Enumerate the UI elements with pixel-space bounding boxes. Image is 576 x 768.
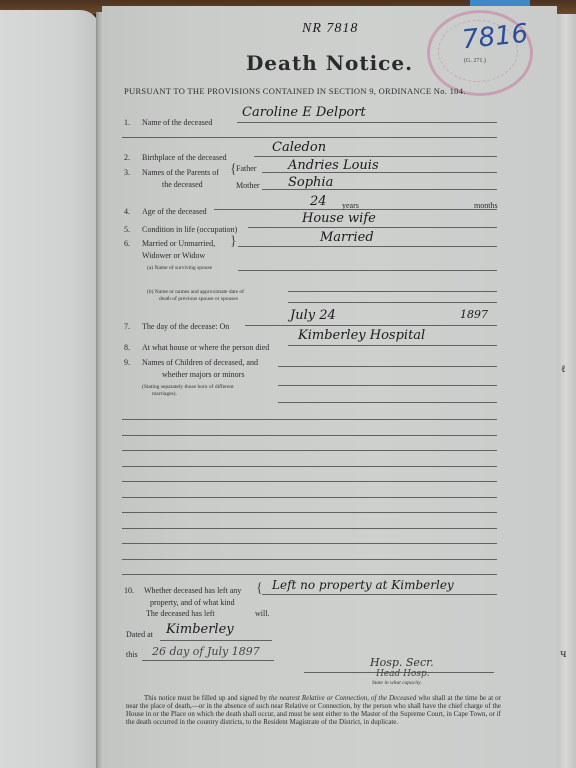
field-parents: 3. Names of the Parents of the deceased bbox=[124, 166, 219, 190]
right-page-stack: ℓ ч bbox=[555, 14, 576, 768]
age-value: 24 bbox=[310, 194, 327, 209]
left-blank-page bbox=[0, 10, 100, 768]
months-label: months bbox=[474, 201, 498, 210]
dated-at-label: Dated at bbox=[126, 630, 153, 639]
ruled-line bbox=[122, 512, 497, 513]
footer-instructions: This notice must be filled up and signed… bbox=[126, 694, 501, 726]
father-label: Father bbox=[236, 164, 256, 173]
signature: Hosp. Secr. bbox=[370, 656, 434, 669]
ruled-line bbox=[122, 543, 497, 544]
dated-at-value: Kimberley bbox=[166, 622, 234, 637]
ruled-line bbox=[122, 419, 497, 420]
field-place-of-death: 8. At what house or where the person die… bbox=[124, 337, 269, 355]
decease-date-value: July 24 bbox=[290, 308, 336, 323]
ruled-line bbox=[122, 528, 497, 529]
field-name: 1. Name of the deceased bbox=[124, 112, 212, 130]
mother-value: Sophia bbox=[288, 175, 333, 190]
reference-number: NR 7818 bbox=[302, 21, 358, 37]
this-label: this bbox=[126, 650, 138, 659]
death-notice-form: NR 7818 7816 (G. 271.) Death Notice. PUR… bbox=[102, 6, 557, 768]
capacity-label: State in what capacity. bbox=[372, 680, 422, 687]
ruled-line bbox=[122, 450, 497, 451]
date-value: 26 day of July 1897 bbox=[152, 645, 260, 658]
ruled-line bbox=[122, 481, 497, 482]
margin-mark: ℓ bbox=[561, 364, 566, 375]
ruled-line bbox=[122, 497, 497, 498]
will-label: The deceased has left bbox=[146, 609, 215, 618]
field-marital-status: 6. Married or Unmarried, Widower or Wido… bbox=[124, 237, 215, 261]
field-day-of-decease: 7. The day of the decease: On bbox=[124, 316, 229, 334]
ruled-line bbox=[122, 435, 497, 436]
field-children: 9. Names of Children of deceased, and wh… bbox=[124, 356, 258, 380]
ruled-line bbox=[122, 574, 497, 575]
field-birthplace: 2. Birthplace of the deceased bbox=[124, 147, 227, 165]
field-age: 4. Age of the deceased bbox=[124, 201, 207, 219]
will-suffix: will. bbox=[255, 609, 269, 618]
decease-year-value: 1897 bbox=[460, 308, 488, 321]
field-occupation: 5. Condition in life (occupation) bbox=[124, 219, 237, 237]
previous-spouse-label: (b) Name or names and approximate date o… bbox=[147, 289, 244, 303]
ruled-line bbox=[122, 559, 497, 560]
field-property: 10. Whether deceased has left any proper… bbox=[124, 584, 241, 608]
property-value: Left no property at Kimberley bbox=[272, 578, 454, 592]
capacity-value: Head Hosp. bbox=[376, 669, 430, 679]
marital-value: Married bbox=[320, 230, 374, 245]
occupation-value: House wife bbox=[302, 211, 376, 226]
ruled-line bbox=[122, 466, 497, 467]
place-of-death-value: Kimberley Hospital bbox=[298, 328, 425, 343]
father-value: Andries Louis bbox=[288, 158, 379, 173]
years-label: years bbox=[342, 201, 359, 210]
birthplace-value: Caledon bbox=[272, 140, 326, 155]
mother-label: Mother bbox=[236, 181, 260, 190]
page-title: Death Notice. bbox=[102, 51, 557, 75]
field-label: Name of the deceased bbox=[142, 118, 212, 127]
margin-mark: ч bbox=[560, 649, 567, 660]
page-subtitle: PURSUANT TO THE PROVISIONS CONTAINED IN … bbox=[124, 86, 466, 96]
children-note: (Stating separately those born of differ… bbox=[142, 384, 234, 398]
surviving-spouse-label: (a) Name of surviving spouse bbox=[147, 265, 212, 272]
name-value: Caroline E Delport bbox=[242, 105, 366, 120]
